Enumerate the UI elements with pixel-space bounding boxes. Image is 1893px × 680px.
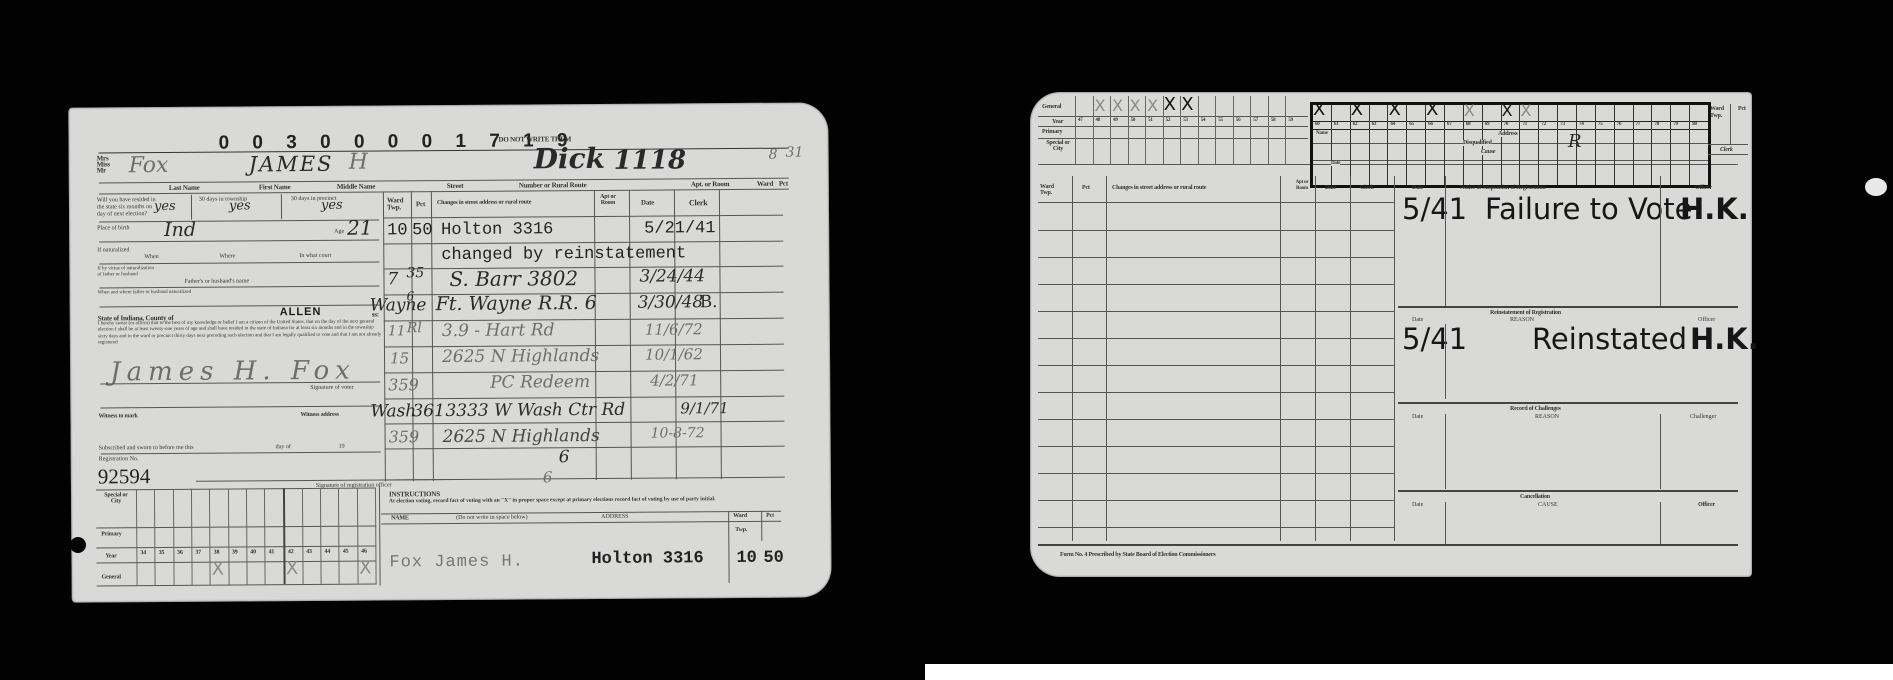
year-cell: 74 [1579,122,1584,127]
punch-hole [70,537,86,553]
vote-mark: X [1130,96,1141,115]
year-cell: 68 [1466,122,1471,127]
challenges-reason-label: REASON [1535,414,1559,420]
year-cell: 73 [1560,122,1565,127]
disq-date-label: Date [1331,161,1340,166]
naturalized-where-label: Where [219,253,235,259]
salutation-labels: Mrs Miss Mr [97,155,110,173]
col-header-date: Date [1325,185,1336,191]
oath-text: I hereby swear (or affirm) that to the b… [98,319,383,347]
street-label: Street [447,182,464,190]
disqualified-label: Disqualified [1463,140,1492,146]
age-label: Age [334,229,344,235]
top-clerk-label: Clerk [1720,147,1733,153]
registration-card-back: General Year Primary Special or City 47 … [1030,92,1752,577]
ward-value: 8 [769,147,778,163]
col-header-pct: Pct [1082,185,1090,191]
col-header-ward: Ward Twp. [387,197,411,211]
residence-question-label: Will you have resided in the state six m… [97,197,162,218]
vote-mark: X [1147,96,1158,115]
row-label-year: Year [105,553,116,559]
row-label-primary: Primary [1042,129,1062,135]
table-row-address: S. Barr 3802 [449,266,578,291]
footer-pct-value: 50 [763,549,784,568]
father-when-where-label: When and where father or husband natural… [98,290,198,297]
col-header-apt: Apt or Room [597,194,619,206]
last-name-label: Last Name [169,184,200,192]
year-cell: 38 [214,550,220,556]
instructions-text: At election voting, record fact of votin… [389,496,789,505]
col-header-clerk: Clerk [689,198,708,207]
reinstatement-officer: H.K. [1690,322,1759,356]
year-cell: 67 [1447,122,1452,127]
vote-mark: X [1181,94,1193,115]
table-row-ward: Wayne [370,295,427,315]
challenges-date-label: Date [1412,414,1423,420]
pct-value: 31 [786,145,804,161]
last-name-value: Fox [129,153,169,178]
disq-cause-label: Cause [1481,149,1495,155]
table-row-date: 11/6/72 [645,320,703,338]
voting-record-grid-1960-1980: 60X 61 62X 63 64X 65 66X 67 68X 69 70X 7… [1310,102,1711,188]
year-cell: 41 [269,549,275,555]
year-cell: 42 [288,549,294,555]
disqualified-mark: R [1568,131,1582,152]
table-row-ward: 359 [389,427,420,446]
year-cell: 35 [159,550,165,556]
year-cell: 46 [361,549,367,555]
col-header-changes: Changes in street address or rural route [437,199,531,206]
year-cell: 61 [1334,122,1339,127]
vote-mark: X [359,558,371,579]
footer-twp-label: Twp. [735,527,747,533]
table-row-date: 4/2/71 [650,371,698,389]
footer-address-value: Holton 3316 [591,549,703,569]
ward-label: Ward [757,180,773,188]
table-row-address: 2625 N Highlands [442,346,599,367]
table-row-ward: 359 [388,375,419,394]
table-row-ward: 10 [387,221,408,240]
year-cell: 55 [1218,118,1223,123]
year-cell: 36 [177,550,183,556]
cancellation-title: Cancellation [1520,494,1550,500]
table-row-address: 2625 N Highlands [443,426,600,447]
father-name-label: Father's or husband's name [184,278,249,284]
disq-address-label: Address [1498,131,1518,137]
year-cell: 62 [1353,122,1358,127]
sworn-day-label: day of [276,444,291,450]
row-label-year: Year [1052,119,1063,125]
footer-pct-label: Pct [766,513,774,519]
vote-mark: X [1388,99,1400,120]
table-row-date: 5/21/41 [644,219,716,238]
footer-ward-value: 10 [736,549,757,568]
table-row-address: PC Redeem [490,372,590,393]
sworn-text: Subscribed and sworn to before me this [99,445,194,452]
father-naturalization-label: If by virtue of naturalization of father… [97,266,157,278]
table-row-address: 3.9 - Hart Rd [442,320,555,341]
vote-mark: X [286,558,298,579]
year-cell: 40 [250,549,256,555]
col-header-pct: Pct [416,200,425,208]
witness-mark-label: Witness to mark [98,413,137,419]
vote-mark: X [1313,99,1325,120]
form-footer-text: Form No. 4 Prescribed by State Board of … [1060,552,1215,558]
row-label-general: General [102,574,121,580]
age-value: 21 [347,216,373,240]
vote-mark: X [212,559,224,580]
col-header-changes: Changes in street address or rural route [1112,185,1206,191]
street-number-value: 1118 [614,145,687,176]
year-cell: 34 [140,550,146,556]
registration-number-value: 92594 [98,464,151,489]
first-name-value: JAMES [249,152,334,177]
year-cell: 76 [1617,122,1622,127]
year-cell: 77 [1636,122,1641,127]
year-cell: 60 [1315,122,1320,127]
year-cell: 39 [232,549,238,555]
reinstatement-date: 5/41 [1402,322,1467,356]
year-cell: 44 [324,549,330,555]
top-pct-label: Pct [1738,106,1746,112]
reinstatement-title: Reinstatement of Registration [1490,310,1561,316]
table-row-clerk: B. [700,292,718,312]
residence-answer: yes [154,199,176,214]
scan-border-strip [925,664,1893,680]
year-cell: 52 [1166,118,1171,123]
suspension-title: Notice of Suspension of Registration [1460,185,1545,191]
row-label-general: General [1042,104,1061,110]
col-header-apt: Apt or Room [1292,180,1312,192]
voting-record-grid-1934-1946: Special or City Primary Year General 34 … [68,102,828,107]
table-row-date: 10/1/62 [645,345,703,363]
year-cell: 78 [1654,122,1659,127]
col-header-date: Date [641,199,654,207]
table-row-date: 9/1/71 [680,399,728,417]
challenger-label: Challenger [1690,414,1716,420]
cancellation-cause-label: CAUSE [1538,502,1558,508]
year-cell: 47 [1078,118,1083,123]
precinct-answer: yes [321,198,343,213]
street-value: Dick [534,142,606,175]
reinstatement-reason-label: REASON [1510,317,1534,323]
year-cell: 50 [1131,118,1136,123]
year-cell: 65 [1409,122,1414,127]
year-cell: 56 [1236,118,1241,123]
witness-address-label: Witness address [300,412,338,418]
table-row-address: Ft. Wayne R.R. 6 [436,292,597,315]
year-cell: 54 [1201,118,1206,123]
vote-mark: X [1502,101,1513,120]
year-cell: 70 [1504,122,1509,127]
disq-name-label: Name [1316,131,1328,136]
year-cell: 37 [195,550,201,556]
county-value: ALLEN [280,306,322,318]
place-of-birth-label: Place of birth [97,225,129,231]
vote-mark: X [1426,99,1438,120]
year-cell: 48 [1096,118,1101,123]
year-cell: 79 [1673,122,1678,127]
address-changes-table: Ward Twp. Pct Changes in street address … [68,102,828,107]
naturalized-court-label: In what court [299,253,331,259]
year-cell: 58 [1271,118,1276,123]
table-row-ward: Wash [370,401,416,421]
middle-name-label: Middle Name [337,183,375,191]
suspension-date: 5/41 [1402,192,1467,226]
year-columns: 34 35 36 37 38X 39 40 41 42X 43 44 45 46… [136,488,377,586]
year-cell: 69 [1485,122,1490,127]
table-row-mark: 6 [543,468,553,486]
year-cell: 80 [1692,122,1697,127]
row-label-primary: Primary [101,531,121,537]
scan-artifact [1865,178,1887,196]
challenges-title: Record of Challenges [1510,406,1561,412]
vote-mark: X [1520,101,1531,120]
table-row-mark: 6 [559,447,570,467]
year-cell: 49 [1113,118,1118,123]
table-row-pct: 6 [407,289,415,303]
table-row-date: 10-8-72 [651,425,705,441]
year-cell: 57 [1253,118,1258,123]
col-header-clerk: Clerk [1360,185,1374,191]
table-row-address: changed by reinstatement [441,244,686,265]
year-cell: 43 [306,549,312,555]
year-cell: 72 [1541,122,1546,127]
reinstatement-reason: Reinstated [1532,322,1687,356]
footer-address-label: ADDRESS [601,514,628,520]
apt-label: Apt. or Room [691,180,730,188]
registration-number-label: Registration No. [99,456,139,462]
year-columns-1947-1959: 47 48X 49X 50X 51X 52X 53X 54 55 56 57 5… [1075,96,1303,164]
number-label: Number or Rural Route [519,181,587,189]
vote-mark: X [1164,94,1176,115]
middle-name-value: H [349,150,368,175]
registration-card-front: 0 0 3 0 0 0 0 1 7 1 9 DO NOT WRITE THEM … [68,102,831,602]
table-row-pct: Rl [407,320,422,336]
table-row-ward: 11 [388,323,406,339]
do-not-write-below-notice: (Do not write in space below) [456,514,528,520]
year-cell: 75 [1598,122,1603,127]
table-row-ward: 15 [390,349,409,367]
year-cell: 66 [1428,122,1433,127]
footer-name-value: Fox James H. [389,552,524,572]
table-row-pct: 361 [412,401,445,421]
year-cell: 64 [1390,122,1395,127]
year-cell: 53 [1183,118,1188,123]
vote-mark: X [1464,101,1475,120]
col-header-ward: Ward Twp. [1040,184,1060,196]
row-label-special: Special or City [1044,140,1072,152]
table-row-pct: 50 [412,221,433,240]
row-label-special: Special or City [101,492,131,504]
year-cell: 59 [1288,118,1293,123]
vote-mark: X [1095,96,1106,115]
suspension-officer: H.K. [1680,192,1749,226]
table-row-address: Holton 3316 [441,220,553,240]
year-cell: 71 [1522,122,1527,127]
year-cell: 51 [1148,118,1153,123]
table-row-ward: 7 [387,269,398,289]
township-answer: yes [229,198,251,213]
footer-ward-label: Ward [733,513,747,519]
cancellation-officer-label: Officer [1698,502,1715,508]
cancellation-date-label: Date [1412,502,1423,508]
signature-label: Signature of voter [310,385,353,391]
first-name-label: First Name [259,183,291,191]
sworn-year-label: 19 [339,444,345,450]
table-row-date: 3/30/48 [638,292,704,312]
vote-mark: X [1112,96,1123,115]
suspension-officer-label: Officer [1695,185,1712,191]
vote-mark: X [1351,99,1363,120]
suspension-date-label: Date [1412,185,1423,191]
year-cell: 63 [1372,122,1377,127]
place-of-birth-value: Ind [164,219,196,241]
table-row-date: 3/24/44 [639,266,705,286]
suspension-reason: Failure to Vote [1485,192,1693,226]
footer-name-label: NAME [391,515,409,521]
pct-label: Pct [779,180,788,188]
year-cell: 45 [343,549,349,555]
naturalized-when-label: When [144,254,158,260]
table-row-pct: 35 [406,265,424,281]
table-row-address: 3333 W Wash Ctr Rd [445,400,625,421]
naturalized-label: If naturalized [97,247,129,253]
